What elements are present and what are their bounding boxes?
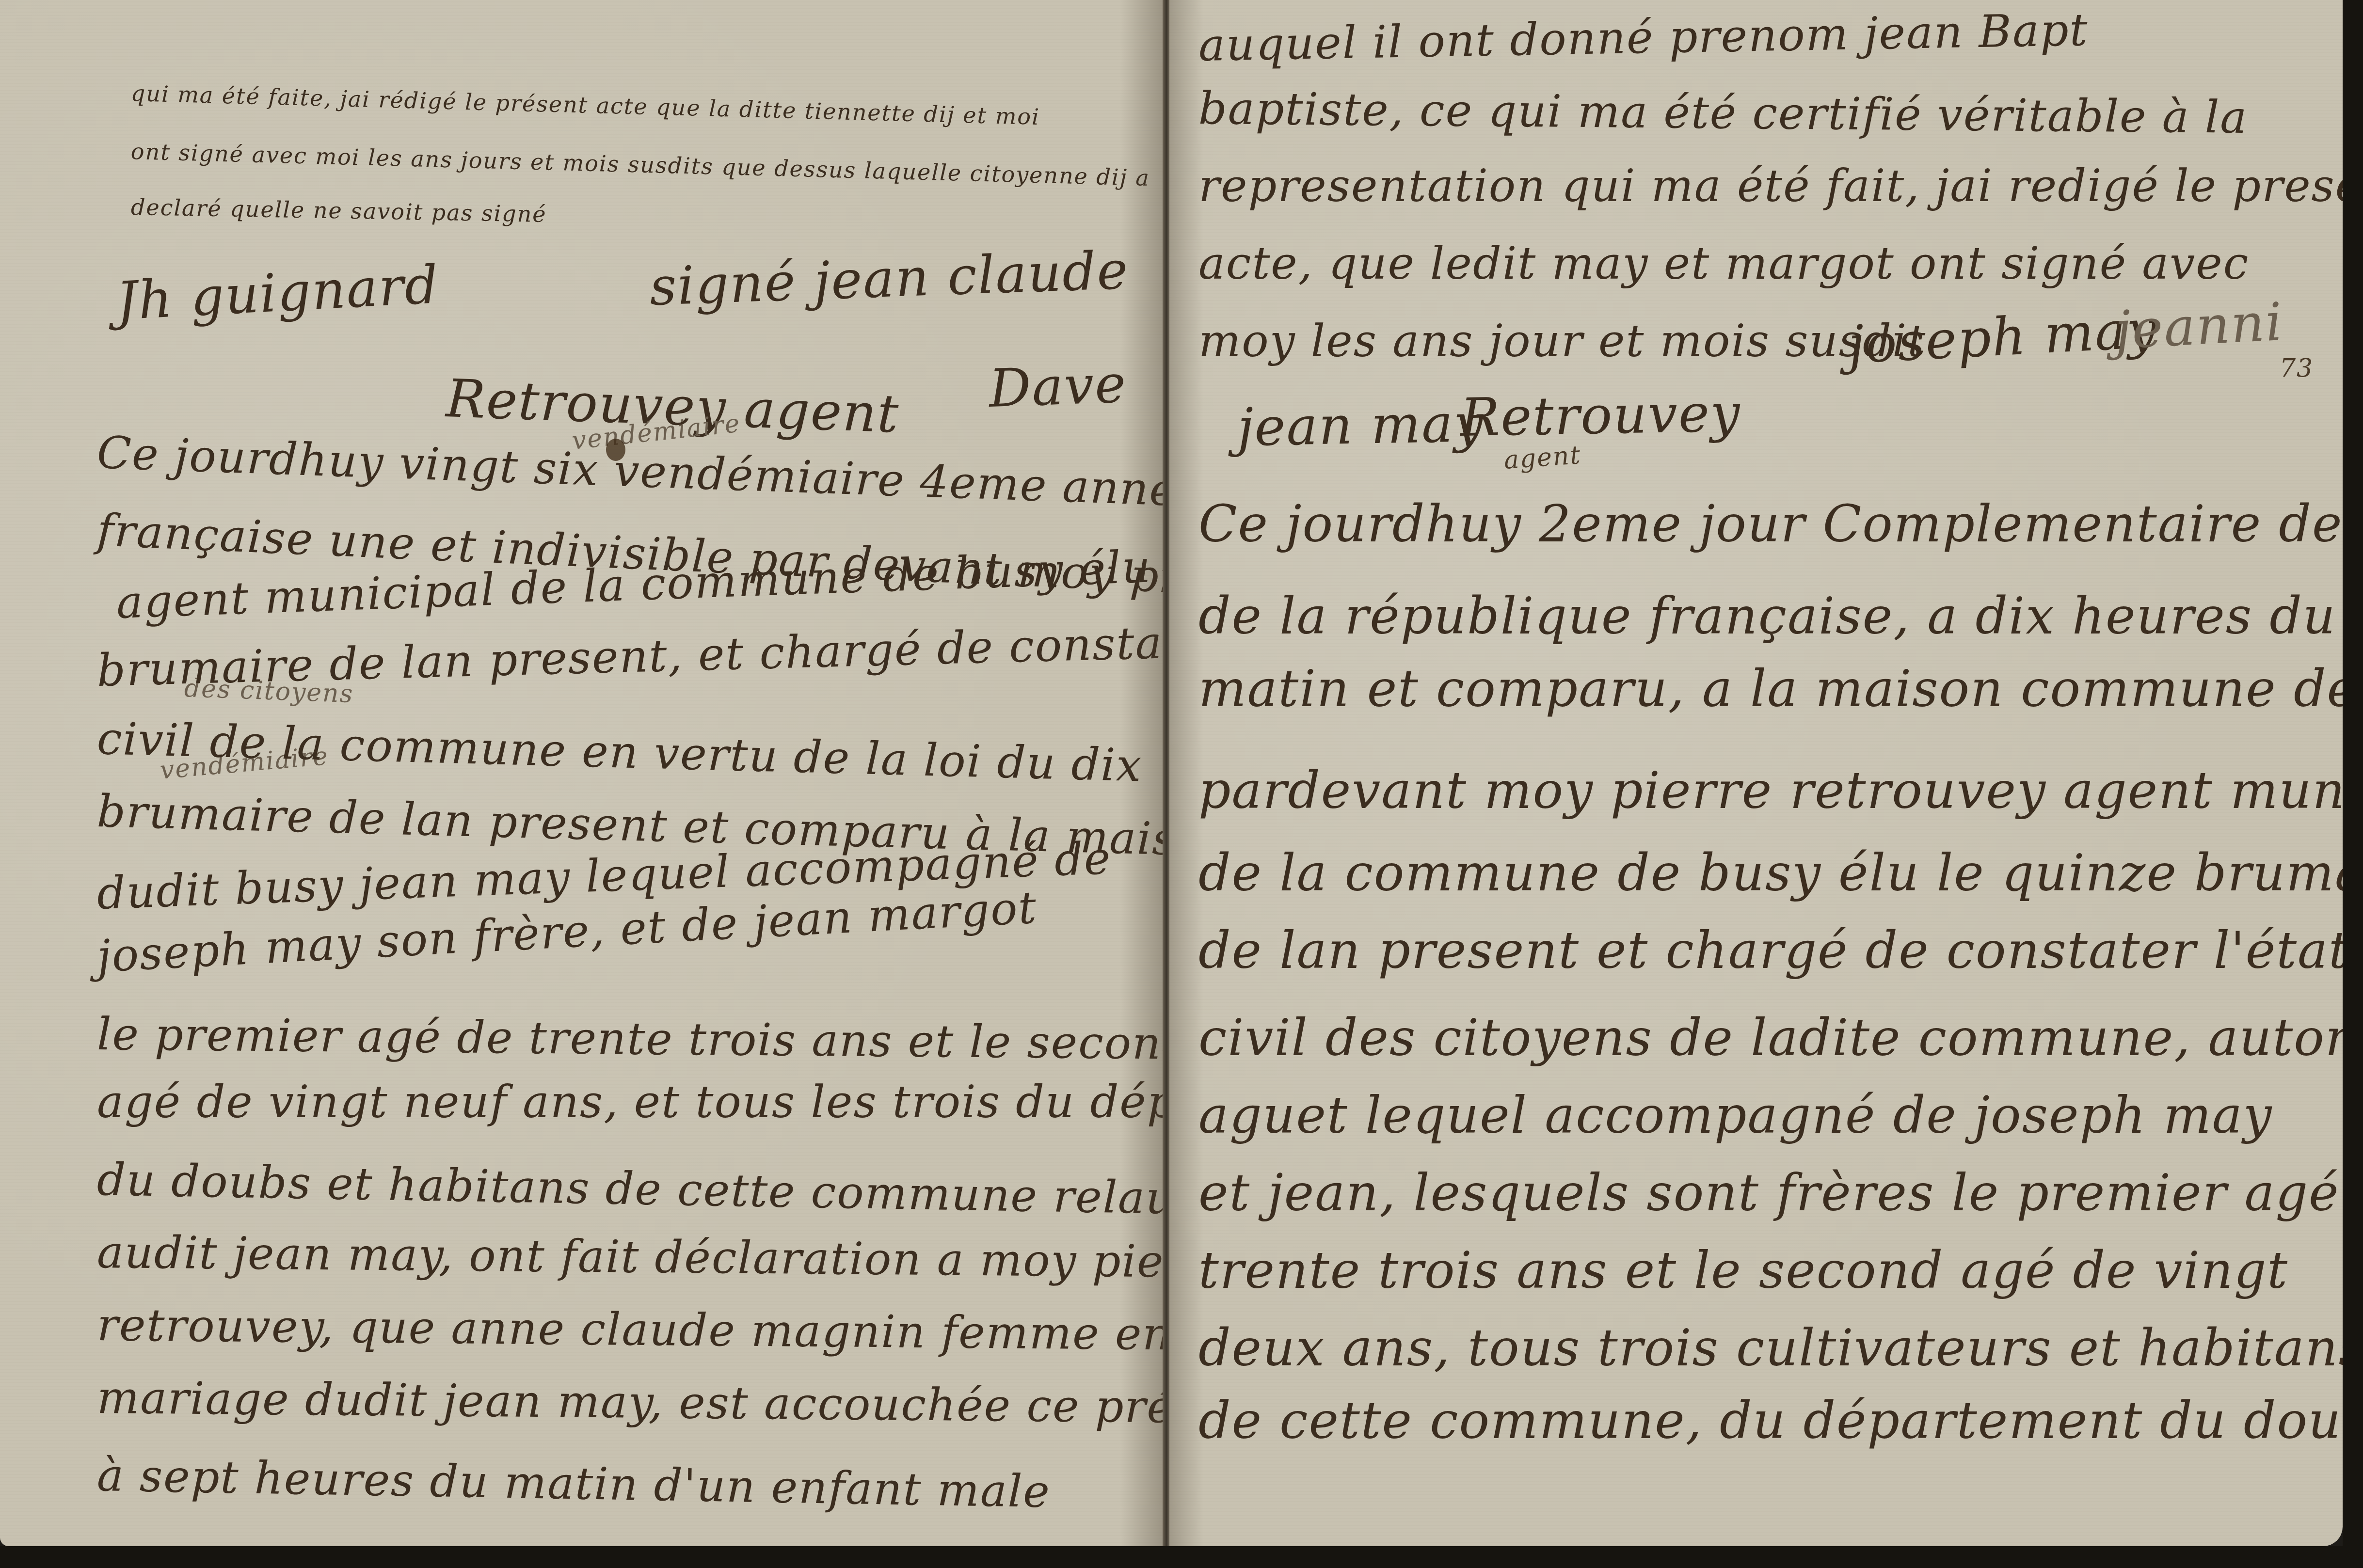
text-line: de lan present et chargé de constater l'… [1198,921,2343,980]
text-line: de la commune de busy élu le quinze brum… [1198,843,2343,903]
text-line: moy les ans jour et mois susdit [1198,315,1926,367]
text-line: Ce jourdhuy 2eme jour Complementaire de … [1198,494,2343,554]
text-line: brumaire de lan present, et chargé de co… [96,611,1164,697]
text-line: civil de la commune en vertu de la loi d… [96,713,1143,792]
text-line: baptiste, ce qui ma été certifié véritab… [1198,82,2248,143]
signature-retrouvey: Retrouvey [1460,383,1741,448]
text-line: trente trois ans et le second agé de vin… [1198,1241,2288,1300]
text-line: matin et comparu, a la maison commune de… [1198,659,2343,718]
text-line: ont signé avec moi les ans jours et mois… [130,138,1150,191]
ink-stain [606,439,625,461]
signature-jean-claude: signé jean claude [649,240,1130,317]
signature-agent-label: agent [1503,441,1582,475]
book-edge-right [2343,0,2363,1568]
margin-mark: 73 [2280,354,2314,383]
text-line: qui ma été faite, jai rédigé le présent … [130,80,1040,130]
text-line: de cette commune, du département du doub… [1198,1391,2343,1450]
text-line: retrouvey, que anne claude magnin femme … [97,1299,1164,1362]
open-register: qui ma été faite, jai rédigé le présent … [0,0,2363,1568]
signature-guignard: Jh guignard [115,254,441,332]
text-line: aguet lequel accompagné de joseph may [1198,1086,2273,1145]
signature-jean-may: jean may [1237,393,1485,458]
text-line: agé de vingt neuf ans, et tous les trois… [97,1076,1164,1128]
signature-joseph-may: joseph may [1847,299,2159,376]
left-page: qui ma été faite, jai rédigé le présent … [0,0,1164,1546]
text-line: pardevant moy pierre retrouvey agent mun… [1198,761,2343,820]
text-line: et jean, lesquels sont frères le premier… [1198,1163,2343,1222]
right-page: auquel il ont donné prenom jean Bapt bap… [1169,0,2343,1546]
text-line: deux ans, tous trois cultivateurs et hab… [1198,1318,2343,1378]
text-line: de la république française, a dix heures… [1198,586,2336,646]
text-line: le premier agé de trente trois ans et le… [97,1008,1164,1070]
text-line: civil des citoyens de ladite commune, au… [1198,1008,2343,1067]
signature-dave: Dave [988,354,1128,419]
text-line: mariage dudit jean may, est accouchée ce… [97,1372,1164,1435]
text-line: audit jean may, ont fait déclaration a m… [97,1226,1164,1288]
text-line: auquel il ont donné prenom jean Bapt [1198,4,2089,71]
text-line: declaré quelle ne savoit pas signé [131,194,547,227]
signature-jeanni: jeanni [2113,292,2285,361]
text-line: du doubs et habitans de cette commune re… [96,1154,1164,1226]
text-line: à sept heures du matin d'un enfant male [96,1449,1051,1518]
text-line: representation qui ma été fait, jai redi… [1198,160,2343,212]
text-line: acte, que ledit may et margot ont signé … [1198,238,2249,289]
book-edge-bottom [0,1546,2363,1568]
